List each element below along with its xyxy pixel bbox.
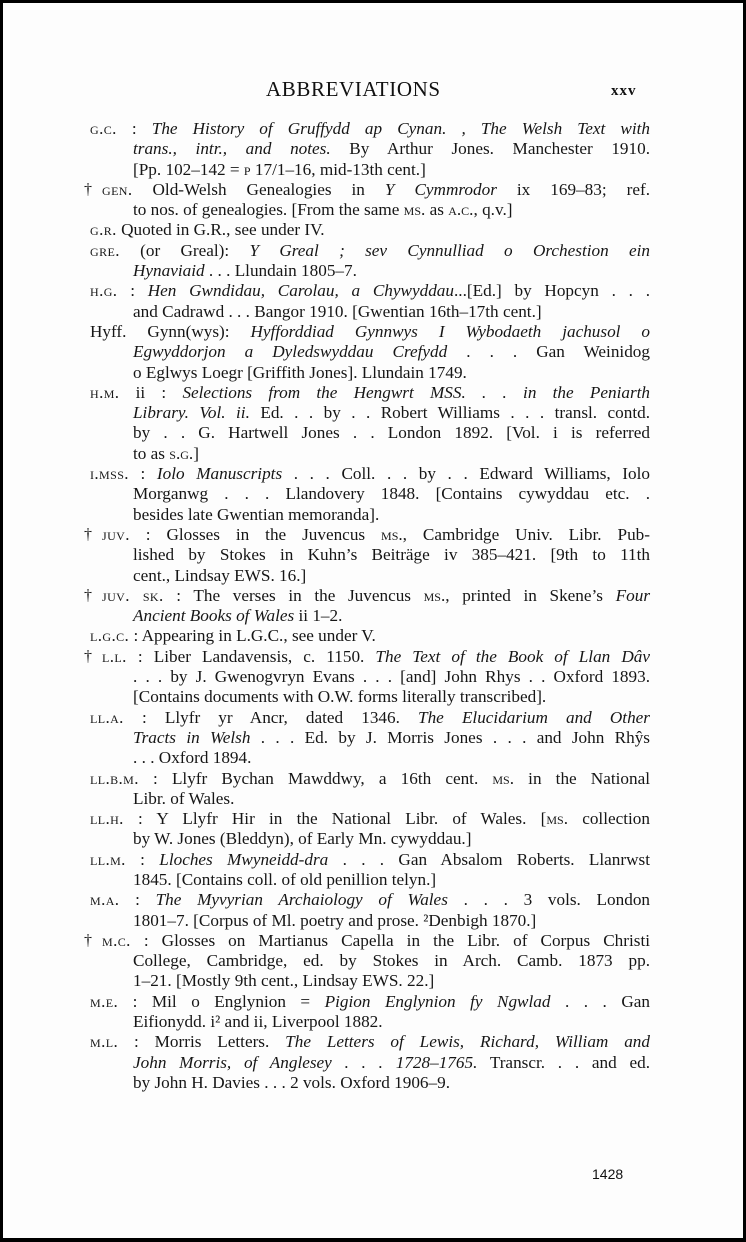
abbreviation-entry: H.G. : Hen Gwndidau, Carolau, a Chywydda… (90, 281, 650, 322)
entry-continuation-line: [Contains documents with O.W. forms lite… (90, 687, 650, 707)
entry-text: Morganwg . . . Llandovery 1848. [Contain… (133, 484, 650, 503)
abbreviation-entry: M.E. : Mil o Englynion = Pigion Englynio… (90, 992, 650, 1033)
abbreviation-key: L.L. (90, 647, 127, 666)
abbreviation-key: I.MSS. (90, 464, 129, 483)
entry-text: ] (193, 444, 199, 463)
entry-continuation-line: Egwyddorjon a Dyledswyddau Crefydd . . .… (90, 342, 650, 362)
entry-continuation-line: besides late Gwentian memoranda]. (90, 505, 650, 525)
entry-continuation-line: Tracts in Welsh . . . Ed. by J. Morris J… (90, 728, 650, 748)
abbreviation-key: M.L. (90, 1032, 118, 1051)
book-page: ABBREVIATIONS xxv G.C. : The History of … (3, 3, 743, 1238)
abbreviation-entry: G.C. : The History of Gruffydd ap Cynan.… (90, 119, 650, 180)
dagger-mark-icon: † (84, 586, 92, 606)
entry-first-line: M.A. : The Myvyrian Archaiology of Wales… (90, 890, 650, 910)
entry-text: : (119, 890, 155, 909)
entry-continuation-line: by W. Jones (Bleddyn), of Early Mn. cywy… (90, 829, 650, 849)
abbreviation-entry: Hyff. Gynn(wys): Hyfforddiad Gynnwys I W… (90, 322, 650, 383)
entry-text: . . . by J. Gwenogvryn Evans . . . [and]… (133, 667, 650, 686)
entry-first-line: L.G.C. : Appearing in L.G.C., see under … (90, 626, 650, 646)
entry-text: ...[Ed.] by Hopcyn . . . (454, 281, 650, 300)
abbreviation-list: G.C. : The History of Gruffydd ap Cynan.… (90, 119, 650, 1093)
entry-text: in the National (514, 769, 650, 788)
small-caps-text: MS. (381, 525, 403, 544)
entry-text: Transcr. . . and ed. (477, 1053, 650, 1072)
entry-text: as (425, 200, 448, 219)
entry-text: . . . Gan Weinidog (447, 342, 650, 361)
entry-first-line: JUV. SK. : The verses in the Juvencus MS… (90, 586, 650, 606)
entry-text: : Appearing in L.G.C., see under V. (129, 626, 376, 645)
entry-text: : (129, 464, 157, 483)
small-caps-text: P (244, 160, 251, 179)
italic-title-text: Iolo Manuscripts (157, 464, 282, 483)
entry-text: Libr. of Wales. (133, 789, 234, 808)
entry-text: . . . Coll. . . by . . Edward Williams, … (282, 464, 650, 483)
abbreviation-entry: LL.M. : Lloches Mwyneidd-dra . . . Gan A… (90, 850, 650, 891)
abbreviation-entry: †JUV. SK. : The verses in the Juvencus M… (90, 586, 650, 627)
entry-first-line: H.G. : Hen Gwndidau, Carolau, a Chywydda… (90, 281, 650, 301)
abbreviation-key: M.A. (90, 890, 119, 909)
abbreviation-entry: †GEN. Old-Welsh Genealogies in Y Cymmrod… (90, 180, 650, 221)
entry-text: , Cambridge Univ. Libr. Pub- (403, 525, 650, 544)
entry-text: : Llyfr yr Ancr, dated 1346. (124, 708, 418, 727)
entry-text: : Morris Letters. (118, 1032, 285, 1051)
entry-text: Ed. . . by . . Robert Williams . . . tra… (250, 403, 650, 422)
abbreviation-key: LL.A. (90, 708, 124, 727)
entry-text: [Pp. 102–142 = (133, 160, 244, 179)
italic-title-text: Y Cymmrodor (385, 180, 497, 199)
running-head: ABBREVIATIONS xxv (3, 77, 743, 103)
italic-title-text: John Morris, of Anglesey . . . 1728–1765… (133, 1053, 477, 1072)
entry-text: (or Greal): (120, 241, 250, 260)
entry-continuation-line: trans., intr., and notes. By Arthur Jone… (90, 139, 650, 159)
entry-continuation-line: Eifionydd. i² and ii, Liverpool 1882. (90, 1012, 650, 1032)
entry-continuation-line: [Pp. 102–142 = P 17/1–16, mid-13th cent.… (90, 160, 650, 180)
dagger-mark-icon: † (84, 931, 92, 951)
abbreviation-key: GEN. (90, 180, 133, 199)
entry-text: 1845. [Contains coll. of old penillion t… (133, 870, 436, 889)
entry-text: : The verses in the Juvencus (164, 586, 424, 605)
entry-first-line: LL.A. : Llyfr yr Ancr, dated 1346. The E… (90, 708, 650, 728)
abbreviation-key: M.E. (90, 992, 118, 1011)
abbreviation-key: G.C. (90, 119, 117, 138)
italic-title-text: Hen Gwndidau, Carolau, a Chywyddau (148, 281, 454, 300)
abbreviation-key: L.G.C. (90, 626, 129, 645)
entry-text: besides late Gwentian memoranda]. (133, 505, 379, 524)
entry-text: by W. Jones (Bleddyn), of Early Mn. cywy… (133, 829, 471, 848)
italic-title-text: trans., intr., and notes. (133, 139, 331, 158)
abbreviation-entry: LL.B.M. : Llyfr Bychan Mawddwy, a 16th c… (90, 769, 650, 810)
entry-text: ii : (119, 383, 182, 402)
entry-continuation-line: . . . Oxford 1894. (90, 748, 650, 768)
italic-title-text: Egwyddorjon a Dyledswyddau Crefydd (133, 342, 447, 361)
dagger-mark-icon: † (84, 180, 92, 200)
abbreviation-entry: †M.C. : Glosses on Martianus Capella in … (90, 931, 650, 992)
entry-first-line: LL.B.M. : Llyfr Bychan Mawddwy, a 16th c… (90, 769, 650, 789)
dagger-mark-icon: † (84, 525, 92, 545)
italic-title-text: Lloches Mwyneidd-dra (159, 850, 328, 869)
entry-text: Quoted in G.R., see under IV. (117, 220, 325, 239)
entry-text: College, Cambridge, ed. by Stokes in Arc… (133, 951, 650, 970)
entry-first-line: M.L. : Morris Letters. The Letters of Le… (90, 1032, 650, 1052)
entry-continuation-line: Libr. of Wales. (90, 789, 650, 809)
entry-first-line: Hyff. Gynn(wys): Hyfforddiad Gynnwys I W… (90, 322, 650, 342)
entry-first-line: M.C. : Glosses on Martianus Capella in t… (90, 931, 650, 951)
entry-text: Old-Welsh Genealogies in (133, 180, 385, 199)
abbreviation-key: G.R. (90, 220, 117, 239)
abbreviation-entry: G.R. Quoted in G.R., see under IV. (90, 220, 650, 240)
abbreviation-key: LL.M. (90, 850, 126, 869)
entry-text: : Mil o Englynion = (118, 992, 325, 1011)
abbreviation-entry: H.M. ii : Selections from the Hengwrt MS… (90, 383, 650, 464)
entry-continuation-line: by John H. Davies . . . 2 vols. Oxford 1… (90, 1073, 650, 1093)
small-caps-text: MS. (424, 586, 446, 605)
small-caps-text: MS. (546, 809, 568, 828)
entry-first-line: M.E. : Mil o Englynion = Pigion Englynio… (90, 992, 650, 1012)
entry-text: ii 1–2. (294, 606, 342, 625)
entry-continuation-line: cent., Lindsay EWS. 16.] (90, 566, 650, 586)
abbreviation-key: H.G. (90, 281, 117, 300)
entry-text: By Arthur Jones. Manchester 1910. (331, 139, 650, 158)
entry-continuation-line: to as S.G.] (90, 444, 650, 464)
entry-text: : (117, 119, 152, 138)
entry-text: lished by Stokes in Kuhn’s Beiträge iv 3… (133, 545, 650, 564)
abbreviation-entry: GRE. (or Greal): Y Greal ; sev Cynnullia… (90, 241, 650, 282)
abbreviation-entry: L.G.C. : Appearing in L.G.C., see under … (90, 626, 650, 646)
page-number: 1428 (592, 1166, 623, 1182)
entry-text: , q.v.] (473, 200, 512, 219)
entry-continuation-line: o Eglwys Loegr [Griffith Jones]. Llundai… (90, 363, 650, 383)
italic-title-text: The Letters of Lewis, Richard, William a… (285, 1032, 650, 1051)
entry-text: 1–21. [Mostly 9th cent., Lindsay EWS. 22… (133, 971, 434, 990)
abbreviation-entry: M.L. : Morris Letters. The Letters of Le… (90, 1032, 650, 1093)
entry-continuation-line: Ancient Books of Wales ii 1–2. (90, 606, 650, 626)
entry-text: Eifionydd. i² and ii, Liverpool 1882. (133, 1012, 383, 1031)
entry-continuation-line: College, Cambridge, ed. by Stokes in Arc… (90, 951, 650, 971)
entry-continuation-line: Morganwg . . . Llandovery 1848. [Contain… (90, 484, 650, 504)
dagger-mark-icon: † (84, 647, 92, 667)
entry-text: . . . Gan Absalom Roberts. Llanrwst (328, 850, 650, 869)
entry-first-line: G.R. Quoted in G.R., see under IV. (90, 220, 650, 240)
italic-title-text: The Elucidarium and Other (418, 708, 650, 727)
entry-text: . . . Llundain 1805–7. (205, 261, 357, 280)
entry-text: 17/1–16, mid-13th cent.] (251, 160, 426, 179)
entry-text: collection (568, 809, 650, 828)
entry-text: : (225, 322, 251, 341)
italic-title-text: Hynaviaid (133, 261, 205, 280)
italic-title-text: Four (616, 586, 650, 605)
abbreviation-key: Hyff. Gynn(wys) (90, 322, 225, 341)
entry-text: cent., Lindsay EWS. 16.] (133, 566, 306, 585)
italic-title-text: The Myvyrian Archaiology of Wales (156, 890, 448, 909)
italic-title-text: Y Greal ; sev Cynnulliad o Orchestion ei… (249, 241, 650, 260)
entry-text: o Eglwys Loegr [Griffith Jones]. Llundai… (133, 363, 467, 382)
entry-text: . . . Gan (550, 992, 650, 1011)
italic-title-text: Pigion Englynion fy Ngwlad (325, 992, 551, 1011)
entry-text: , printed in Skene’s (445, 586, 615, 605)
entry-text: : Glosses in the Juvencus (130, 525, 381, 544)
entry-text: . . . 3 vols. London (448, 890, 650, 909)
entry-first-line: LL.H. : Y Llyfr Hir in the National Libr… (90, 809, 650, 829)
entry-first-line: JUV. : Glosses in the Juvencus MS., Camb… (90, 525, 650, 545)
abbreviation-key: GRE. (90, 241, 120, 260)
italic-title-text: Selections from the Hengwrt MSS. . . in … (182, 383, 650, 402)
abbreviation-key: JUV. (90, 525, 130, 544)
entry-text: to as (133, 444, 169, 463)
italic-title-text: Ancient Books of Wales (133, 606, 294, 625)
italic-title-text: Tracts in Welsh (133, 728, 250, 747)
small-caps-text: A.C. (448, 200, 473, 219)
entry-first-line: G.C. : The History of Gruffydd ap Cynan.… (90, 119, 650, 139)
abbreviation-key: JUV. SK. (90, 586, 164, 605)
entry-text: by John H. Davies . . . 2 vols. Oxford 1… (133, 1073, 450, 1092)
entry-continuation-line: and Cadrawd . . . Bangor 1910. [Gwentian… (90, 302, 650, 322)
entry-text: : Llyfr Bychan Mawddwy, a 16th cent. (139, 769, 493, 788)
entry-text: : Y Llyfr Hir in the National Libr. of W… (124, 809, 547, 828)
entry-text: [Contains documents with O.W. forms lite… (133, 687, 546, 706)
entry-text: and Cadrawd . . . Bangor 1910. [Gwentian… (133, 302, 542, 321)
entry-first-line: L.L. : Liber Landavensis, c. 1150. The T… (90, 647, 650, 667)
italic-title-text: Library. Vol. ii. (133, 403, 250, 422)
entry-text: : (126, 850, 159, 869)
entry-continuation-line: Library. Vol. ii. Ed. . . by . . Robert … (90, 403, 650, 423)
abbreviation-entry: †L.L. : Liber Landavensis, c. 1150. The … (90, 647, 650, 708)
abbreviation-key: M.C. (90, 931, 131, 950)
abbreviation-entry: I.MSS. : Iolo Manuscripts . . . Coll. . … (90, 464, 650, 525)
entry-first-line: GRE. (or Greal): Y Greal ; sev Cynnullia… (90, 241, 650, 261)
abbreviation-key: LL.B.M. (90, 769, 139, 788)
entry-text: to nos. of genealogies. [From the same (133, 200, 404, 219)
entry-first-line: I.MSS. : Iolo Manuscripts . . . Coll. . … (90, 464, 650, 484)
entry-continuation-line: John Morris, of Anglesey . . . 1728–1765… (90, 1053, 650, 1073)
entry-text: . . . Ed. by J. Morris Jones . . . and J… (250, 728, 650, 747)
abbreviation-entry: M.A. : The Myvyrian Archaiology of Wales… (90, 890, 650, 931)
entry-first-line: LL.M. : Lloches Mwyneidd-dra . . . Gan A… (90, 850, 650, 870)
entry-continuation-line: lished by Stokes in Kuhn’s Beiträge iv 3… (90, 545, 650, 565)
entry-text: . . . Oxford 1894. (133, 748, 251, 767)
small-caps-text: MS. (492, 769, 514, 788)
abbreviation-key: H.M. (90, 383, 119, 402)
abbreviation-entry: LL.H. : Y Llyfr Hir in the National Libr… (90, 809, 650, 850)
entry-text: by . . G. Hartwell Jones . . London 1892… (133, 423, 650, 442)
abbreviation-entry: LL.A. : Llyfr yr Ancr, dated 1346. The E… (90, 708, 650, 769)
small-caps-text: S.G. (169, 444, 193, 463)
entry-continuation-line: 1801–7. [Corpus of Ml. poetry and prose.… (90, 911, 650, 931)
entry-text: ix 169–83; ref. (497, 180, 650, 199)
entry-continuation-line: . . . by J. Gwenogvryn Evans . . . [and]… (90, 667, 650, 687)
small-caps-text: MS. (404, 200, 426, 219)
entry-continuation-line: 1–21. [Mostly 9th cent., Lindsay EWS. 22… (90, 971, 650, 991)
entry-continuation-line: to nos. of genealogies. [From the same M… (90, 200, 650, 220)
entry-first-line: H.M. ii : Selections from the Hengwrt MS… (90, 383, 650, 403)
italic-title-text: The History of Gruffydd ap Cynan. , The … (152, 119, 650, 138)
entry-continuation-line: Hynaviaid . . . Llundain 1805–7. (90, 261, 650, 281)
entry-text: : Glosses on Martianus Capella in the Li… (131, 931, 650, 950)
italic-title-text: Hyfforddiad Gynnwys I Wybodaeth jachusol… (251, 322, 651, 341)
entry-text: : (117, 281, 147, 300)
italic-title-text: The Text of the Book of Llan Dâv (375, 647, 650, 666)
entry-text: : Liber Landavensis, c. 1150. (127, 647, 376, 666)
page-title: ABBREVIATIONS (266, 77, 441, 102)
entry-continuation-line: by . . G. Hartwell Jones . . London 1892… (90, 423, 650, 443)
abbreviation-entry: †JUV. : Glosses in the Juvencus MS., Cam… (90, 525, 650, 586)
entry-text: 1801–7. [Corpus of Ml. poetry and prose.… (133, 911, 536, 930)
entry-continuation-line: 1845. [Contains coll. of old penillion t… (90, 870, 650, 890)
entry-first-line: GEN. Old-Welsh Genealogies in Y Cymmrodo… (90, 180, 650, 200)
roman-folio: xxv (611, 83, 637, 100)
abbreviation-key: LL.H. (90, 809, 124, 828)
